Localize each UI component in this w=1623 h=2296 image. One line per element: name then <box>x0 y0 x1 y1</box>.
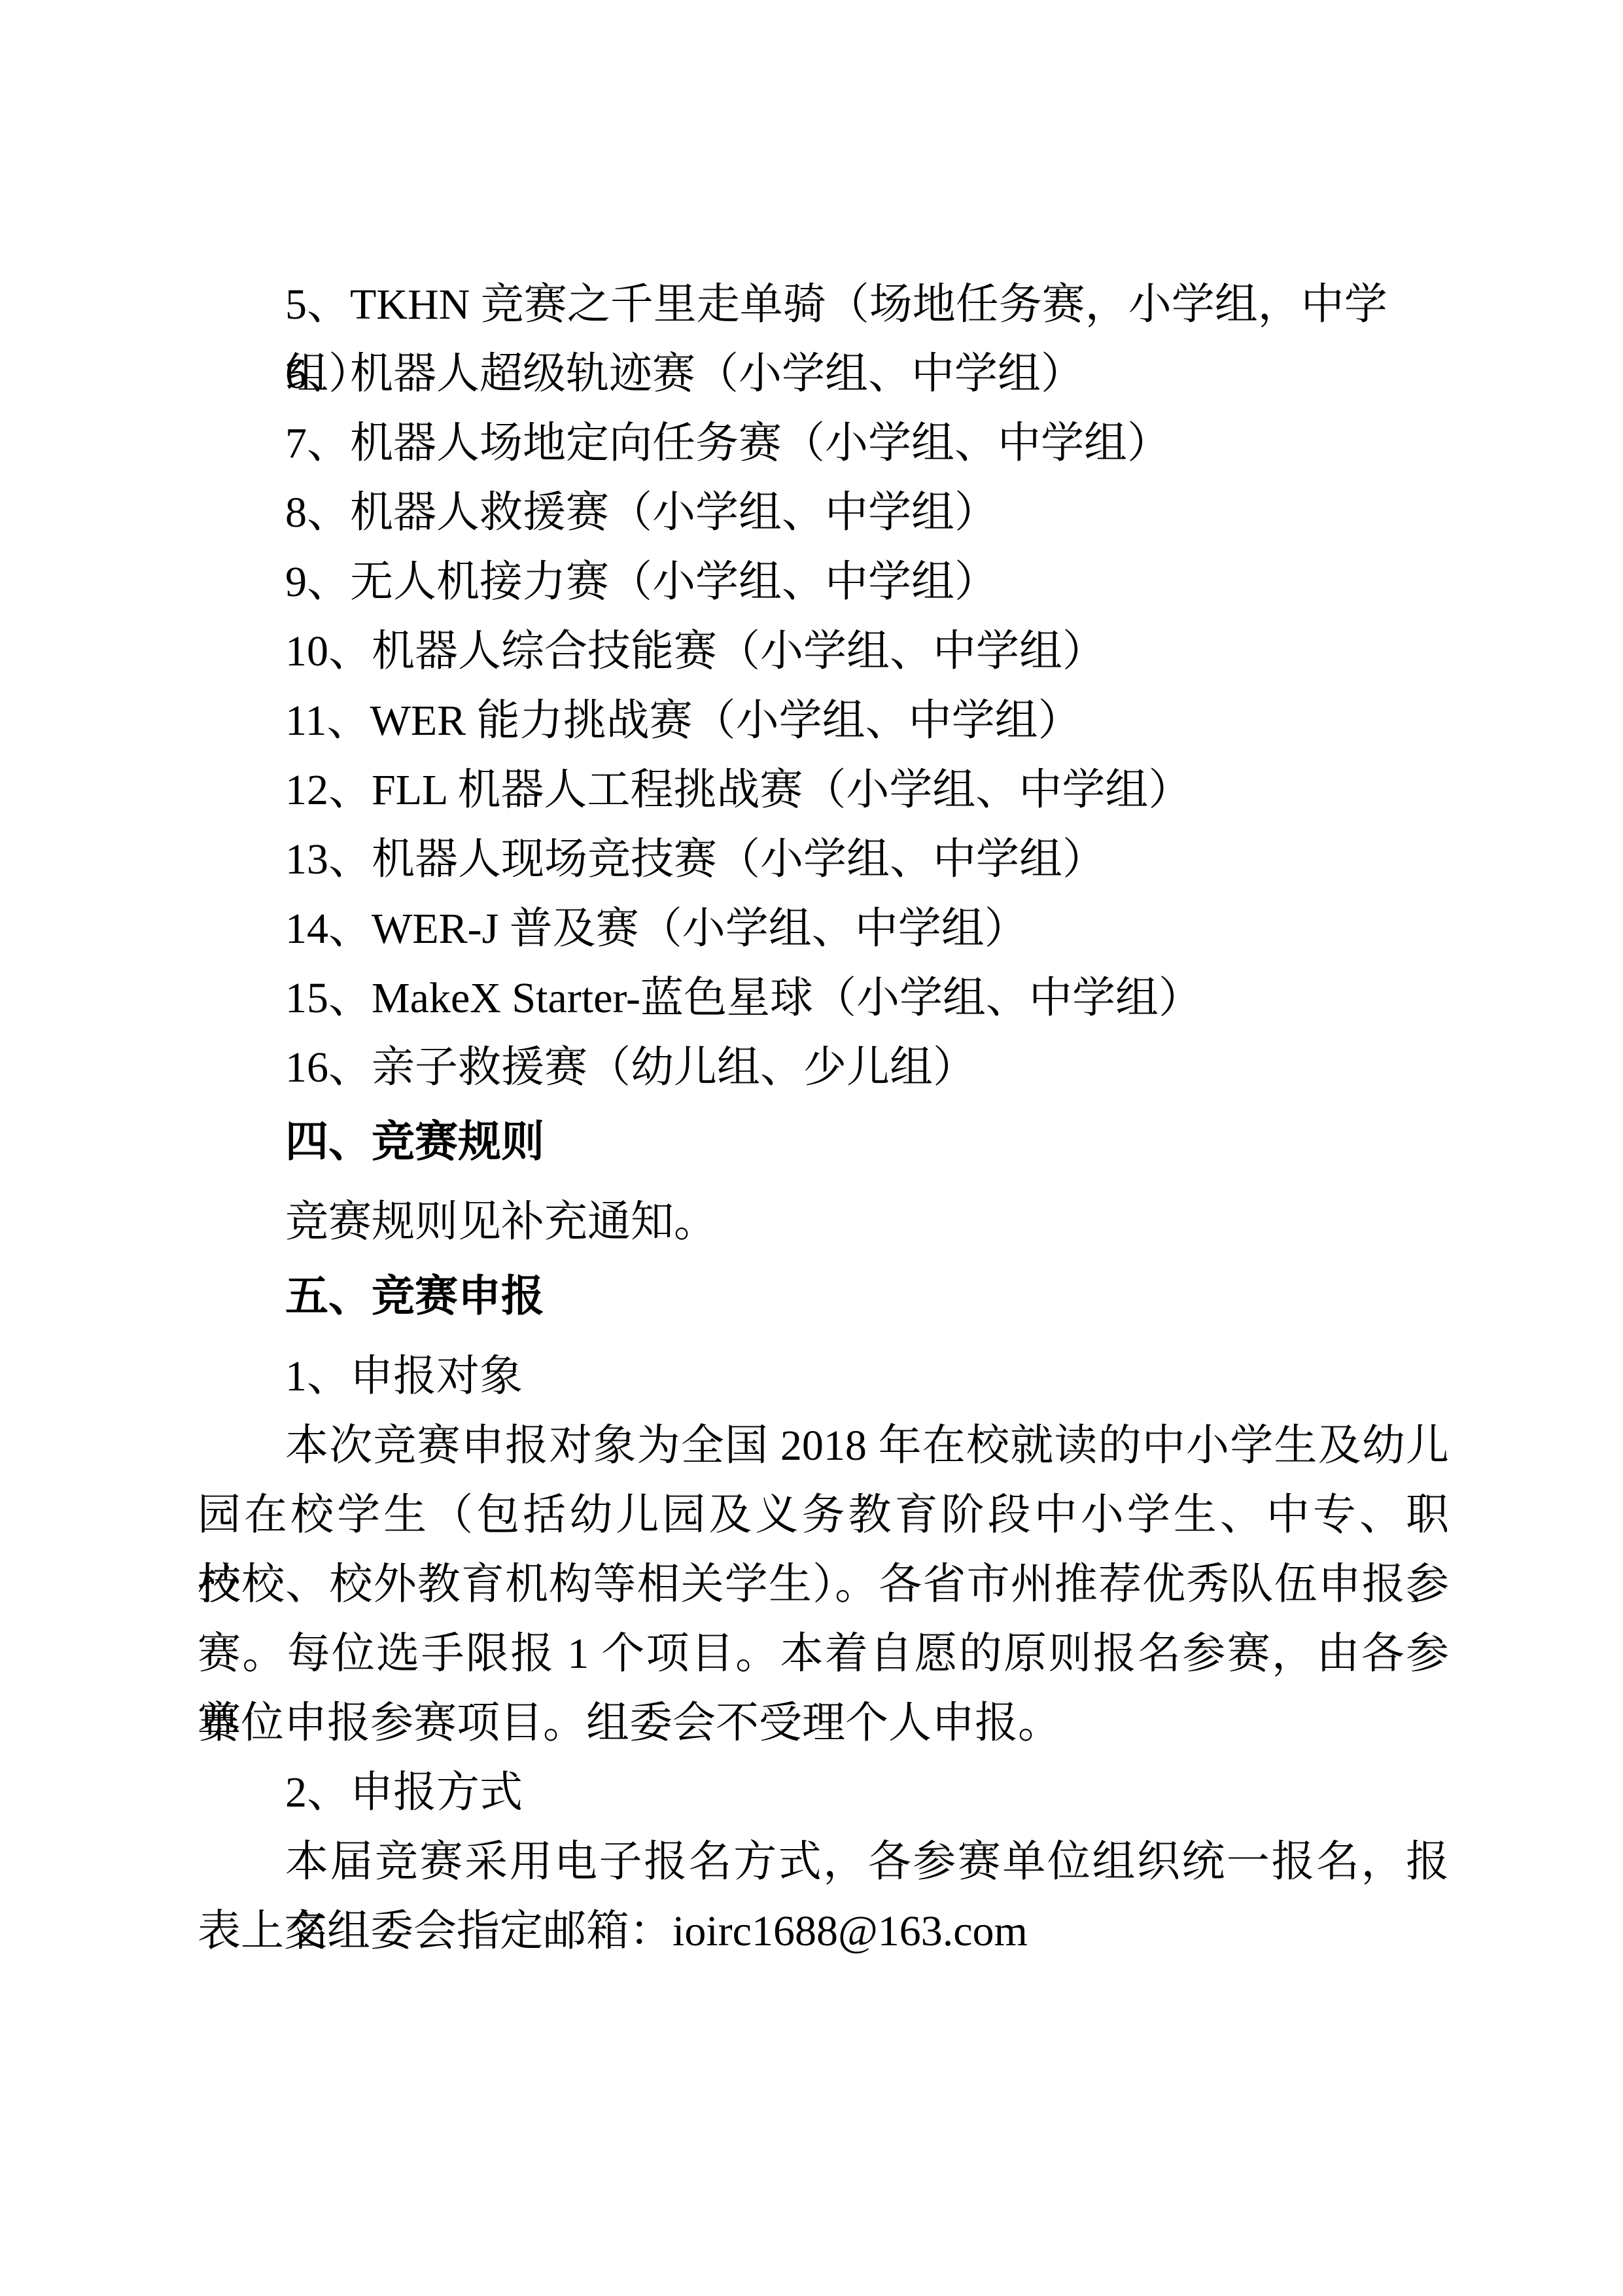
paragraph-line: 单位申报参赛项目。组委会不受理个人申报。 <box>198 1689 1449 1758</box>
paragraph-line: 技校、校外教育机构等相关学生）。各省市州推荐优秀队伍申报参 <box>198 1550 1449 1619</box>
paragraph-line: 本次竞赛申报对象为全国 2018 年在校就读的中小学生及幼儿 <box>198 1411 1449 1481</box>
email-line: 表上交组委会指定邮箱：ioirc1688@163.com <box>198 1897 1449 1966</box>
list-item-9: 9、无人机接力赛（小学组、中学组） <box>198 548 1449 617</box>
paragraph-line: 本届竞赛采用电子报名方式，各参赛单位组织统一报名，报名 <box>198 1828 1449 1897</box>
list-item-16: 16、亲子救援赛（幼儿组、少儿组） <box>198 1033 1449 1103</box>
email-text: ioirc1688@163.com <box>672 1907 1028 1955</box>
list-item-7: 7、机器人场地定向任务赛（小学组、中学组） <box>198 409 1449 478</box>
section-heading-rules: 四、竞赛规则 <box>198 1108 1449 1177</box>
list-item-8: 8、机器人救援赛（小学组、中学组） <box>198 478 1449 548</box>
list-item-12: 12、FLL 机器人工程挑战赛（小学组、中学组） <box>198 756 1449 825</box>
list-item-10: 10、机器人综合技能赛（小学组、中学组） <box>198 617 1449 686</box>
list-item-11: 11、WER 能力挑战赛（小学组、中学组） <box>198 686 1449 756</box>
list-item-6: 6、机器人超级轨迹赛（小学组、中学组） <box>198 340 1449 409</box>
section-heading-application: 五、竞赛申报 <box>198 1262 1449 1332</box>
paragraph-line: 赛。每位选手限报 1 个项目。本着自愿的原则报名参赛，由各参赛 <box>198 1619 1449 1689</box>
list-item-15: 15、MakeX Starter-蓝色星球（小学组、中学组） <box>198 964 1449 1033</box>
list-item-13: 13、机器人现场竞技赛（小学组、中学组） <box>198 825 1449 894</box>
subsection-heading-application-target: 1、申报对象 <box>198 1342 1449 1411</box>
rules-body-text: 竞赛规则见补充通知。 <box>198 1188 1449 1257</box>
list-item-14: 14、WER-J 普及赛（小学组、中学组） <box>198 894 1449 964</box>
document-page: 5、TKHN 竞赛之千里走单骑（场地任务赛，小学组，中学组） 6、机器人超级轨迹… <box>0 0 1623 2296</box>
document-content: 5、TKHN 竞赛之千里走单骑（场地任务赛，小学组，中学组） 6、机器人超级轨迹… <box>198 270 1449 1966</box>
email-line-prefix: 表上交组委会指定邮箱： <box>198 1907 672 1955</box>
list-item-5: 5、TKHN 竞赛之千里走单骑（场地任务赛，小学组，中学组） <box>198 270 1449 340</box>
paragraph-line: 园在校学生（包括幼儿园及义务教育阶段中小学生、中专、职校、 <box>198 1481 1449 1550</box>
subsection-heading-application-method: 2、申报方式 <box>198 1758 1449 1828</box>
